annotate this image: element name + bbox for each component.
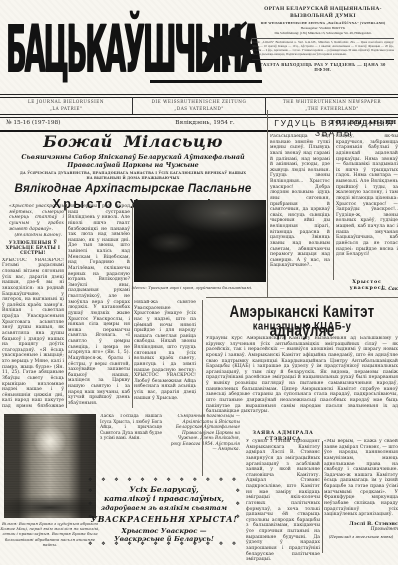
lead-address-2: НА ВЫГНАНЬНІ Й ДОМА ПРАЖЫВАЮЧЫХ [0,176,266,181]
lead-headline-block: Божай Міласьцю Сьвяшчэнны Сабор Япіскапа… [0,134,266,210]
lead-column-1: «Хрыстос уваскрос зь мёртвых, сьмерцю сь… [2,204,64,408]
greeting-line-3: здароўваем зь вялікім сьвятам [88,504,240,512]
organ-line-1: ОРГАН БЕЛАРУСКАЙ НАЦЫЯНАЛЬНА- [252,6,394,13]
organ-line-2: ВЫЗВОЛЬНАЙ ДУМКІ [252,13,394,20]
ornament-border-right: ❖ ❖ ❖ [236,485,240,524]
lead-kicker: Божай Міласьцю [0,134,266,150]
amcom-lead: Упраўны курс Амэрыканскага Камітэту Вызв… [206,336,398,428]
greeting-line-1: Усіх Беларусаў, [88,485,240,494]
issue-number: № 15-16 (197-198) [6,120,139,126]
masthead-logo: БАЦЬКАЎШЧЫНА [4,8,256,92]
ornament-border-left: ❖ ❖ ❖ [88,485,92,524]
vilnia-photo-caption: Вільня: Вострая Брама з цудоўным абразом… [0,521,100,547]
ornament-border-top: ❖ ❖ ❖ ❖ ❖ ❖ ❖ ❖ ❖ ❖ ❖ ❖ ❖ ❖ [88,477,240,483]
german-subtitle: DIE WEISSRUTHENISCHE ZEITUNG „BAĆKAŬŠČYN… [252,21,394,25]
amcom-col1: У сувязі з гэтым Прэзыдэнт Амэрыканскага… [246,439,320,561]
banner-german: DIE WEISSRUTHENISCHE ZEITUNG „DAS VATERL… [132,97,265,114]
minsk-photo [134,200,266,282]
amcom-column-rule [322,441,323,553]
signature-left: Ласка Госпада нашага Ісуса Хрыста, і люб… [100,414,162,442]
masthead-rule [150,80,262,83]
masthead-info: ОРГАН БЕЛАРУСКАЙ НАЦЫЯНАЛЬНА- ВЫЗВОЛЬНАЙ… [252,6,394,72]
banner-english: THE WHITERUTHENIAN NEWSPAPER „THE FATHER… [265,97,398,114]
amcom-col2-block: «Мы верым, — кажа ў сваёй заяве адмірал … [324,439,398,561]
lead-subtitle-2: Праваслаўнай Царквы на Чужыне [0,161,266,169]
bells-column-rule [333,134,334,280]
bells-col1: Расьсьцілаецца над вольнаю зямлёю гулкі … [270,134,330,278]
lead-subtitle-1: Сьвяшчэнны Сабор Япіскапаў Беларускай Аў… [0,153,266,161]
lead-col2-text: Ня першы раз народ наш сустракае Вялікдз… [68,204,130,408]
amcom-headline-2: канцэпцыю КЦАБ-у [206,320,398,333]
minsk-photo-caption: Менск: Траецкая гара і храм, зруйнаваны … [118,285,266,290]
greeting-line-5: Хрыстос Уваскрос — [88,527,240,535]
amcom-signature-note: (Пераклад з ангельскае мовы) [324,534,398,539]
banner-french: LE JOURNAL BIELORUSSIEN „LA PATRIE" [0,97,132,114]
amcom-top-rule [206,297,398,298]
bells-byline: Б. Сак [336,287,398,292]
issue-date: Вялікдзень, 1954 г. [139,120,272,126]
publisher-line-2: Die Schriftleitung: (13b) München 13, Sc… [252,31,394,35]
amcom-left-rule [202,300,203,476]
bells-col2: Паціху, як-бы крадучыся, зьбіраюцца стар… [336,134,398,278]
vilnia-photo [4,414,96,518]
imprint-text: Druck: „LOGOS" Buchdruckerei u. Verl. G.… [252,38,394,57]
lead-col3-text: Няхай-жа сьвятое Уваскрасеньне Хрыстовае… [134,300,196,408]
column-rule-1 [66,204,67,408]
salutation: УЗЛЮБЛЕНЫЯ Ў ХРЫСЬЦЕ БРАТЫ І СЕСТРЫ! [2,241,64,256]
greeting-line-2: каталікоў і праваслаўных, [88,494,240,503]
epigraph: «Хрыстос уваскрос зь мёртвых, сьмерцю сь… [2,204,64,232]
epigraph-source: (Велікодны Канон). [2,233,64,239]
lead-address-1: ДА ЎСЯЧЭСНАГА ДУХАВЕНСТВА, ПРАПАДОБНАГА … [0,171,266,176]
main-divider-rule [267,110,268,298]
ornament-border-bottom: ❖ ❖ ❖ ❖ ❖ ❖ ❖ ❖ ❖ ❖ ❖ ❖ ❖ ❖ [88,541,240,547]
lead-title: Вялікоднае Архіпастырскае Пасланьне [0,184,266,196]
frequency-line: ГАЗЭТА ВЫХОДЗІЦЬ РАЗ У ТЫДЗЕНЬ — ЦАНА 30… [252,59,394,72]
amcom-col2: «Мы верым, — кажа ў сваёй заяве адмірал … [324,439,398,518]
language-banner: LE JOURNAL BIELORUSSIEN „LA PATRIE" DIE … [0,97,398,114]
column-rule-2 [132,204,133,408]
easter-greeting-box: ❖ ❖ ❖ ❖ ❖ ❖ ❖ ❖ ❖ ❖ ❖ ❖ ❖ ❖ ❖ ❖ ❖ ❖ ❖ ❖ … [88,477,240,548]
publisher-line-1: Herausgeber: Vladimir BORTYK [252,26,394,30]
newspaper-page: БАЦЬКАЎШЧЫНА ОРГАН БЕЛАРУСКАЙ НАЦЫЯНАЛЬН… [0,0,398,565]
greeting-line-4: УВАСКРАСЕНЬНЯ ХРЫСТА! [88,514,240,524]
lead-col1-text: ХРЫСТОС УВАСКРОС! Гэтымі радаснымі слова… [2,258,64,408]
amcom-signature-title: Прэзыдэнт [324,527,398,532]
